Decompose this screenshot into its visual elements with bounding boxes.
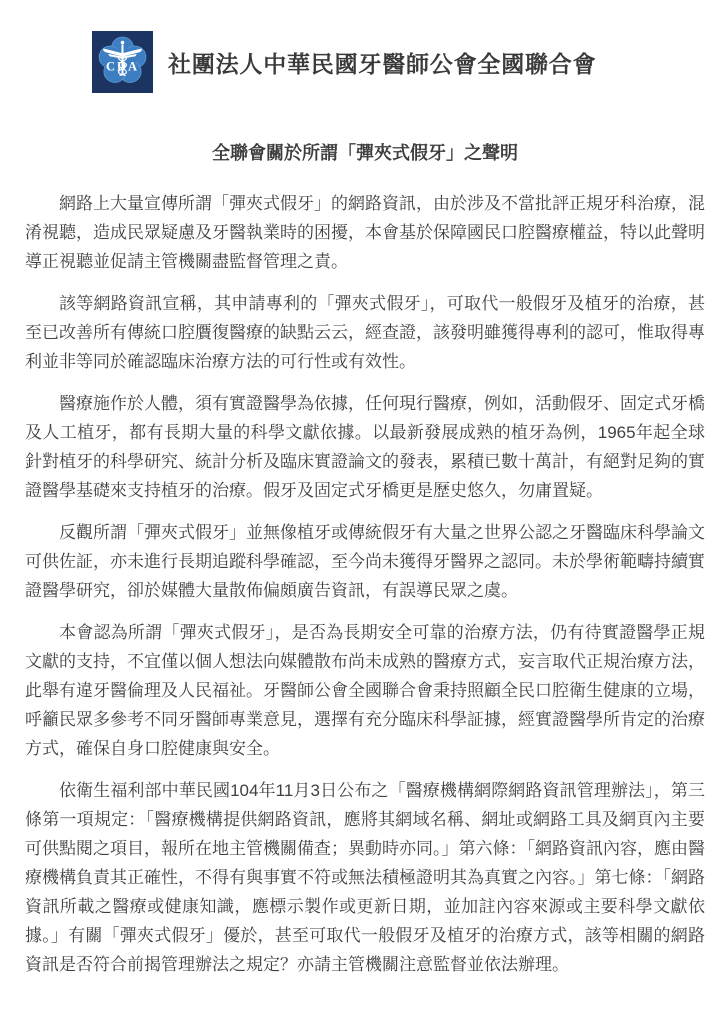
statement-title: 全聯會關於所謂「彈夾式假牙」之聲明	[25, 143, 705, 163]
statement-paragraph-1: 網路上大量宣傳所謂「彈夾式假牙」的網路資訊，由於涉及不當批評正規牙科治療，混淆視…	[25, 189, 705, 276]
cda-association-logo-icon: CDA	[92, 31, 153, 93]
statement-paragraph-3: 醫療施作於人體，須有實證醫學為依據，任何現行醫療，例如，活動假牙、固定式牙橋及人…	[25, 389, 705, 505]
statement-paragraph-6: 依衛生福利部中華民國104年11月3日公布之「醫療機構網際網路資訊管理辦法」，第…	[25, 776, 705, 979]
statement-body: 全聯會關於所謂「彈夾式假牙」之聲明 網路上大量宣傳所謂「彈夾式假牙」的網路資訊，…	[25, 143, 705, 979]
statement-paragraph-5: 本會認為所謂「彈夾式假牙」，是否為長期安全可靠的治療方法，仍有待實證醫學正規文獻…	[25, 618, 705, 763]
statement-paragraph-2: 該等網路資訊宣稱，其申請專利的「彈夾式假牙」，可取代一般假牙及植牙的治療，甚至已…	[25, 289, 705, 376]
statement-paragraph-4: 反觀所謂「彈夾式假牙」並無像植牙或傳統假牙有大量之世界公認之牙醫臨床科學論文可供…	[25, 518, 705, 605]
organization-name: 社團法人中華民國牙醫師公會全國聯合會	[168, 46, 596, 79]
logo-cda-letters: CDA	[106, 60, 139, 74]
letterhead: CDA 社團法人中華民國牙醫師公會全國聯合會	[92, 31, 720, 93]
